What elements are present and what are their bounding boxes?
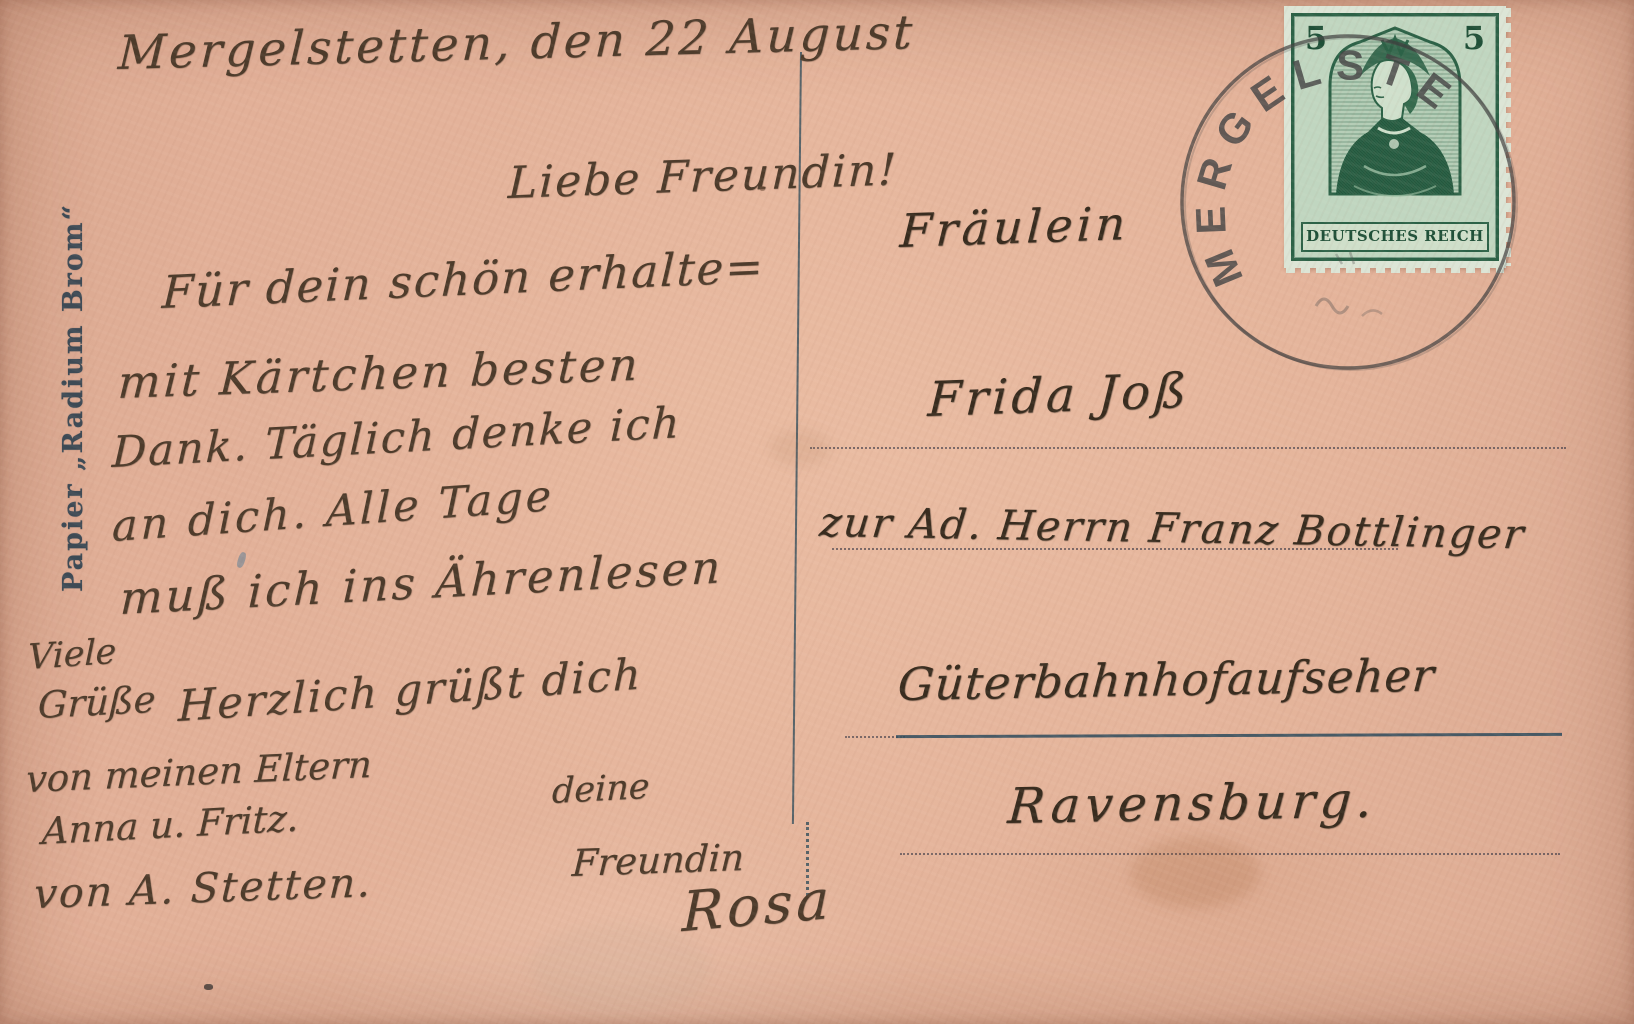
recipient-title: Fräulein bbox=[899, 196, 1131, 258]
stamp-perforation bbox=[1506, 8, 1511, 266]
paper-stain bbox=[1130, 838, 1260, 908]
ink-speck bbox=[204, 984, 213, 990]
address-rule bbox=[900, 853, 1560, 855]
margin-note: von A. Stetten. bbox=[33, 858, 374, 918]
margin-note: Viele bbox=[28, 632, 117, 678]
closing-line: deine bbox=[551, 767, 650, 812]
margin-note: Grüße bbox=[37, 678, 156, 727]
message-salutation: Liebe Freundin! bbox=[507, 144, 899, 209]
message-line: an dich. Alle Tage bbox=[112, 471, 555, 552]
paper-brand-imprint: Papier „Radium Brom“ bbox=[58, 203, 89, 592]
margin-note: von meinen Eltern bbox=[25, 743, 373, 801]
stamp-country-label: DEUTSCHES REICH bbox=[1301, 222, 1489, 252]
occupation-underline bbox=[896, 733, 1562, 738]
margin-note: Anna u. Fritz. bbox=[41, 796, 299, 853]
stamp-design: 5 5 bbox=[1291, 13, 1499, 261]
message-line: muß ich ins Ährenlesen bbox=[119, 540, 724, 625]
message-line: Dank. Täglich denke ich bbox=[111, 398, 682, 478]
address-rule bbox=[810, 447, 1566, 449]
postcard-back: Papier „Radium Brom“ Mergelstetten, den … bbox=[0, 0, 1634, 1024]
message-line: mit Kärtchen besten bbox=[117, 338, 642, 409]
message-dateline: Mergelstetten, den 22 August bbox=[117, 5, 916, 81]
postage-stamp: 5 5 bbox=[1284, 6, 1506, 268]
occupation-line: Güterbahnhofaufseher bbox=[896, 649, 1436, 711]
city-line: Ravensburg. bbox=[1006, 772, 1379, 836]
stamp-perforation bbox=[1286, 268, 1504, 273]
signature: Rosa bbox=[681, 867, 833, 945]
address-rule bbox=[832, 548, 1398, 550]
germania-portrait-icon bbox=[1294, 16, 1496, 222]
ink-speck bbox=[760, 186, 765, 191]
recipient-name: Frida Joß bbox=[927, 363, 1192, 428]
message-line: Für dein schön erhalte= bbox=[161, 240, 766, 319]
closing-line: Herzlich grüßt dich bbox=[178, 649, 643, 732]
